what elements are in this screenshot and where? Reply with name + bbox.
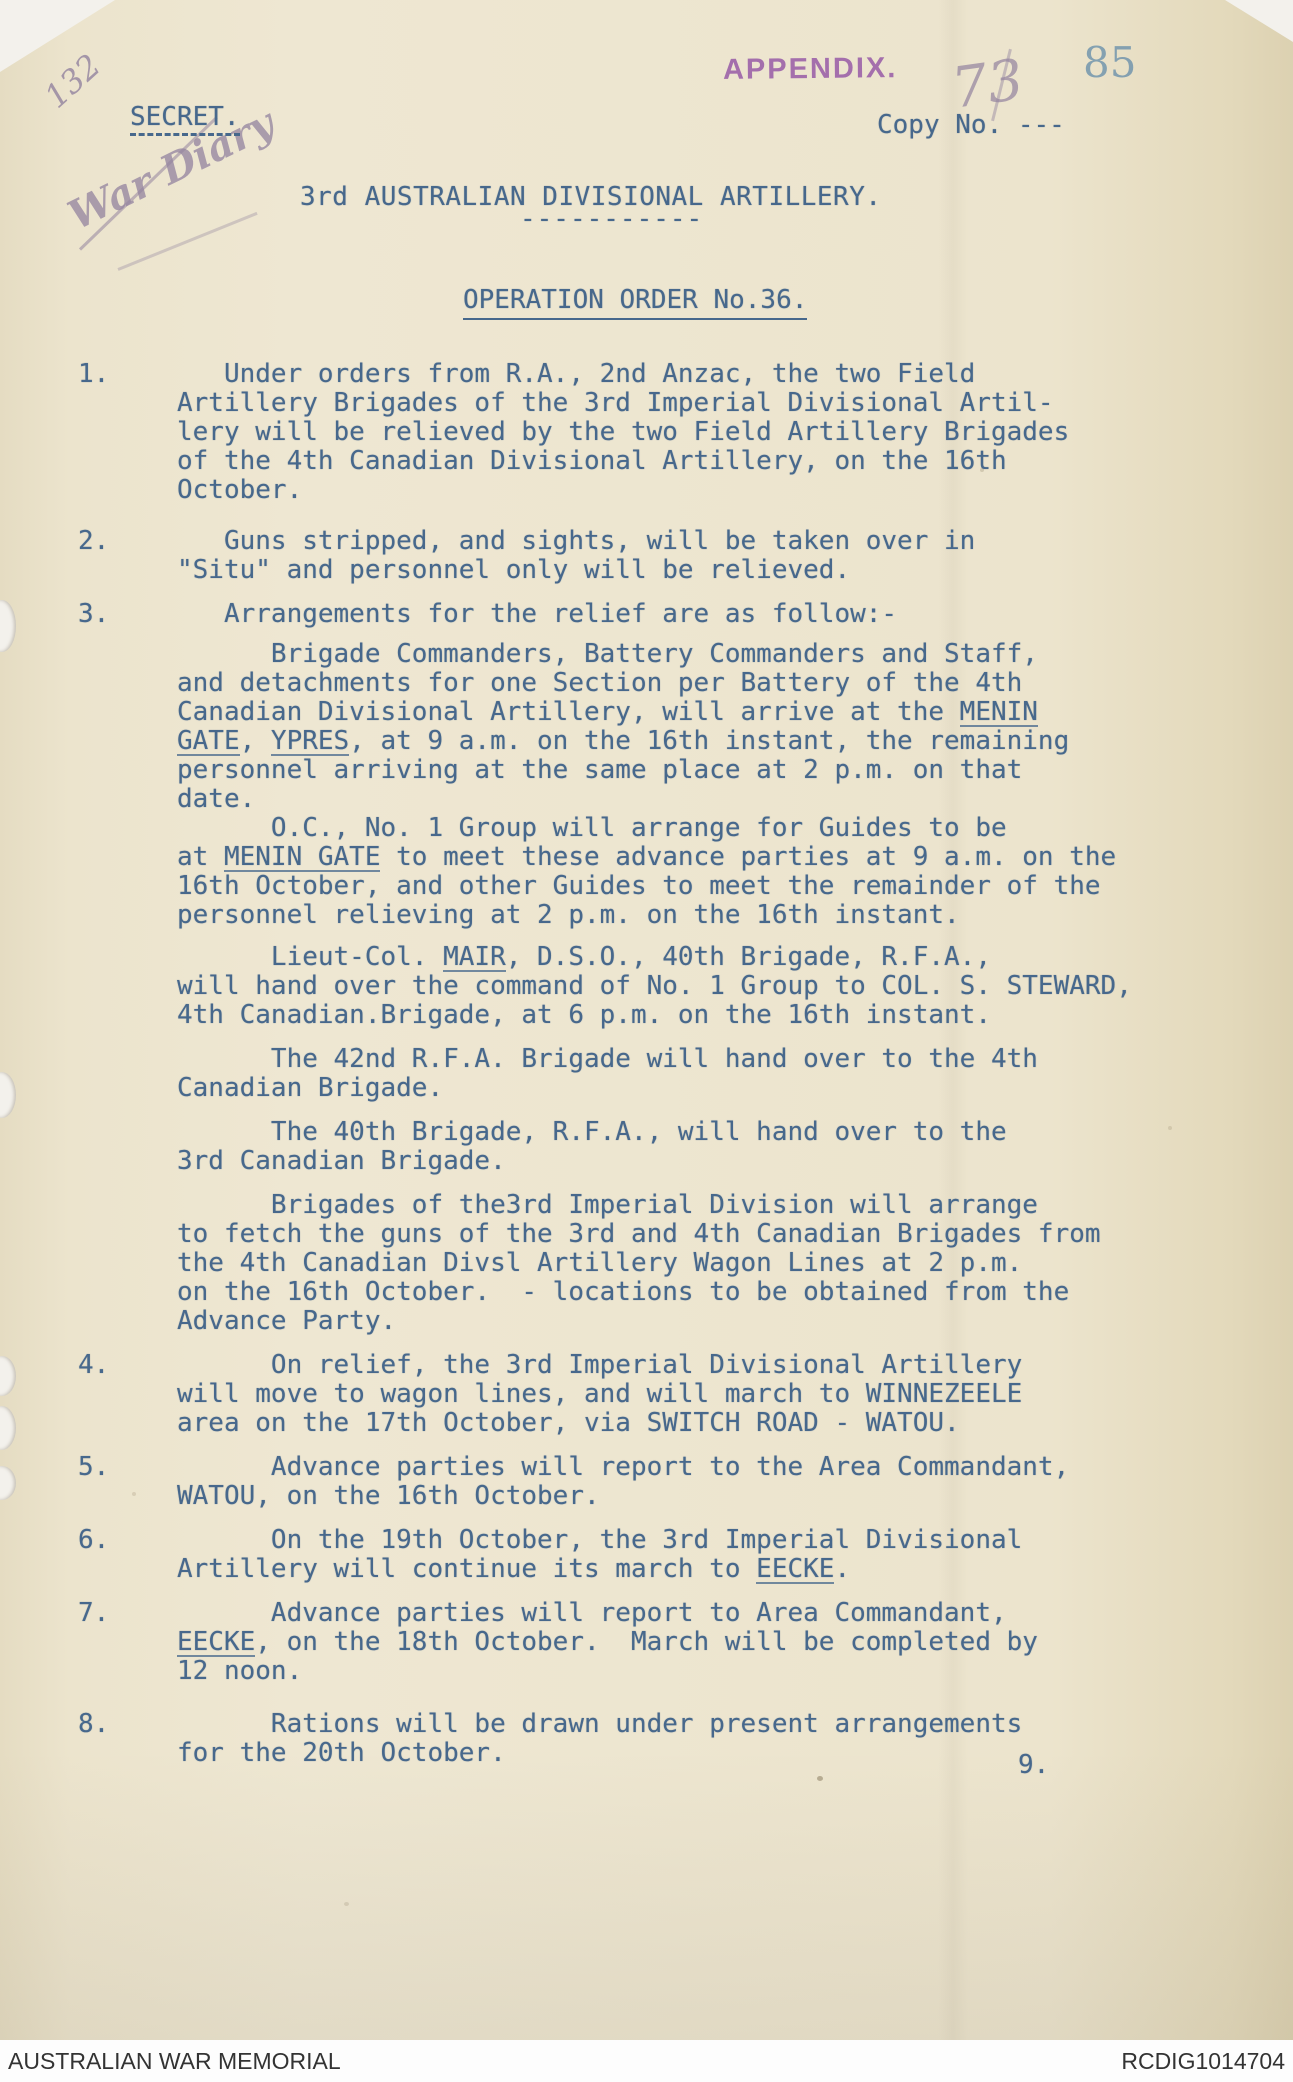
- para-line: at MENIN GATE to meet these advance part…: [177, 843, 1116, 872]
- para-line: Rations will be drawn under present arra…: [177, 1710, 1022, 1739]
- para-line: Brigade Commanders, Battery Commanders a…: [177, 640, 1038, 669]
- torn-corner-top-right: [1225, 0, 1293, 42]
- para-number: 6.: [78, 1526, 109, 1555]
- copy-no-label: Copy No. ---: [877, 110, 1065, 140]
- para-line: O.C., No. 1 Group will arrange for Guide…: [177, 814, 1007, 843]
- title-underline: -----------: [520, 204, 703, 234]
- para-line: Artillery Brigades of the 3rd Imperial D…: [177, 389, 1054, 418]
- para-line: Advance parties will report to Area Comm…: [177, 1599, 1007, 1628]
- paper-shadow: [0, 1750, 1293, 2040]
- para-line: The 42nd R.F.A. Brigade will hand over t…: [177, 1045, 1038, 1074]
- para-line: lery will be relieved by the two Field A…: [177, 418, 1069, 447]
- footer-right: RCDIG1014704: [1121, 2048, 1285, 2075]
- para-line: Advance parties will report to the Area …: [177, 1453, 1069, 1482]
- archive-footer: AUSTRALIAN WAR MEMORIAL RCDIG1014704: [0, 2040, 1293, 2082]
- para-line: on the 16th October. - locations to be o…: [177, 1278, 1069, 1307]
- para-line: will move to wagon lines, and will march…: [177, 1380, 1022, 1409]
- para-line: Advance Party.: [177, 1307, 396, 1336]
- para-line: 12 noon.: [177, 1657, 302, 1686]
- para-line: Brigades of the3rd Imperial Division wil…: [177, 1191, 1038, 1220]
- para-line: On the 19th October, the 3rd Imperial Di…: [177, 1526, 1022, 1555]
- para-line: the 4th Canadian Divsl Artillery Wagon L…: [177, 1249, 1022, 1278]
- para-line: GATE, YPRES, at 9 a.m. on the 16th insta…: [177, 727, 1069, 756]
- para-line: Canadian Divisional Artillery, will arri…: [177, 698, 1038, 727]
- para-line: The 40th Brigade, R.F.A., will hand over…: [177, 1118, 1007, 1147]
- continuation-number: 9.: [1018, 1750, 1049, 1780]
- para-number: 4.: [78, 1351, 109, 1380]
- para-number: 5.: [78, 1453, 109, 1482]
- para-line: EECKE, on the 18th October. March will b…: [177, 1628, 1038, 1657]
- para-number: 2.: [78, 527, 109, 556]
- para-line: Artillery will continue its march to EEC…: [177, 1555, 850, 1584]
- para-line: to fetch the guns of the 3rd and 4th Can…: [177, 1220, 1101, 1249]
- para-line: 16th October, and other Guides to meet t…: [177, 872, 1101, 901]
- para-line: "Situ" and personnel only will be reliev…: [177, 556, 850, 585]
- para-line: Arrangements for the relief are as follo…: [177, 600, 897, 629]
- para-line: On relief, the 3rd Imperial Divisional A…: [177, 1351, 1022, 1380]
- para-line: personnel arriving at the same place at …: [177, 756, 1022, 785]
- para-line: area on the 17th October, via SWITCH ROA…: [177, 1409, 960, 1438]
- para-line: Guns stripped, and sights, will be taken…: [177, 527, 975, 556]
- para-line: and detachments for one Section per Batt…: [177, 669, 1022, 698]
- para-number: 8.: [78, 1710, 109, 1739]
- para-line: date.: [177, 785, 255, 814]
- para-number: 3.: [78, 600, 109, 629]
- stain-speck: [132, 1492, 136, 1496]
- para-line: 3rd Canadian Brigade.: [177, 1147, 506, 1176]
- page-number: 85: [1083, 38, 1136, 87]
- appendix-stamp: APPENDIX.: [723, 52, 898, 87]
- para-line: WATOU, on the 16th October.: [177, 1482, 600, 1511]
- document-scan: APPENDIX. 85 132 War Diary 73 SECRET. Co…: [0, 0, 1293, 2082]
- para-line: Canadian Brigade.: [177, 1074, 443, 1103]
- para-number: 1.: [78, 360, 109, 389]
- order-heading: OPERATION ORDER No.36.: [463, 285, 807, 320]
- stain-speck: [817, 1776, 823, 1781]
- secret-label: SECRET.: [130, 102, 240, 136]
- stain-speck: [1168, 1126, 1172, 1130]
- para-line: Under orders from R.A., 2nd Anzac, the t…: [177, 360, 975, 389]
- para-line: Lieut-Col. MAIR, D.S.O., 40th Brigade, R…: [177, 943, 991, 972]
- para-line: October.: [177, 476, 302, 505]
- torn-corner-top-left: [0, 0, 115, 72]
- para-line: for the 20th October.: [177, 1739, 506, 1768]
- para-number: 7.: [78, 1599, 109, 1628]
- para-line: will hand over the command of No. 1 Grou…: [177, 972, 1132, 1001]
- typed-underline: [756, 1582, 834, 1584]
- para-line: 4th Canadian.Brigade, at 6 p.m. on the 1…: [177, 1001, 991, 1030]
- para-line: of the 4th Canadian Divisional Artillery…: [177, 447, 1007, 476]
- para-line: personnel relieving at 2 p.m. on the 16t…: [177, 901, 960, 930]
- stain-speck: [344, 1902, 349, 1906]
- footer-left: AUSTRALIAN WAR MEMORIAL: [8, 2048, 341, 2075]
